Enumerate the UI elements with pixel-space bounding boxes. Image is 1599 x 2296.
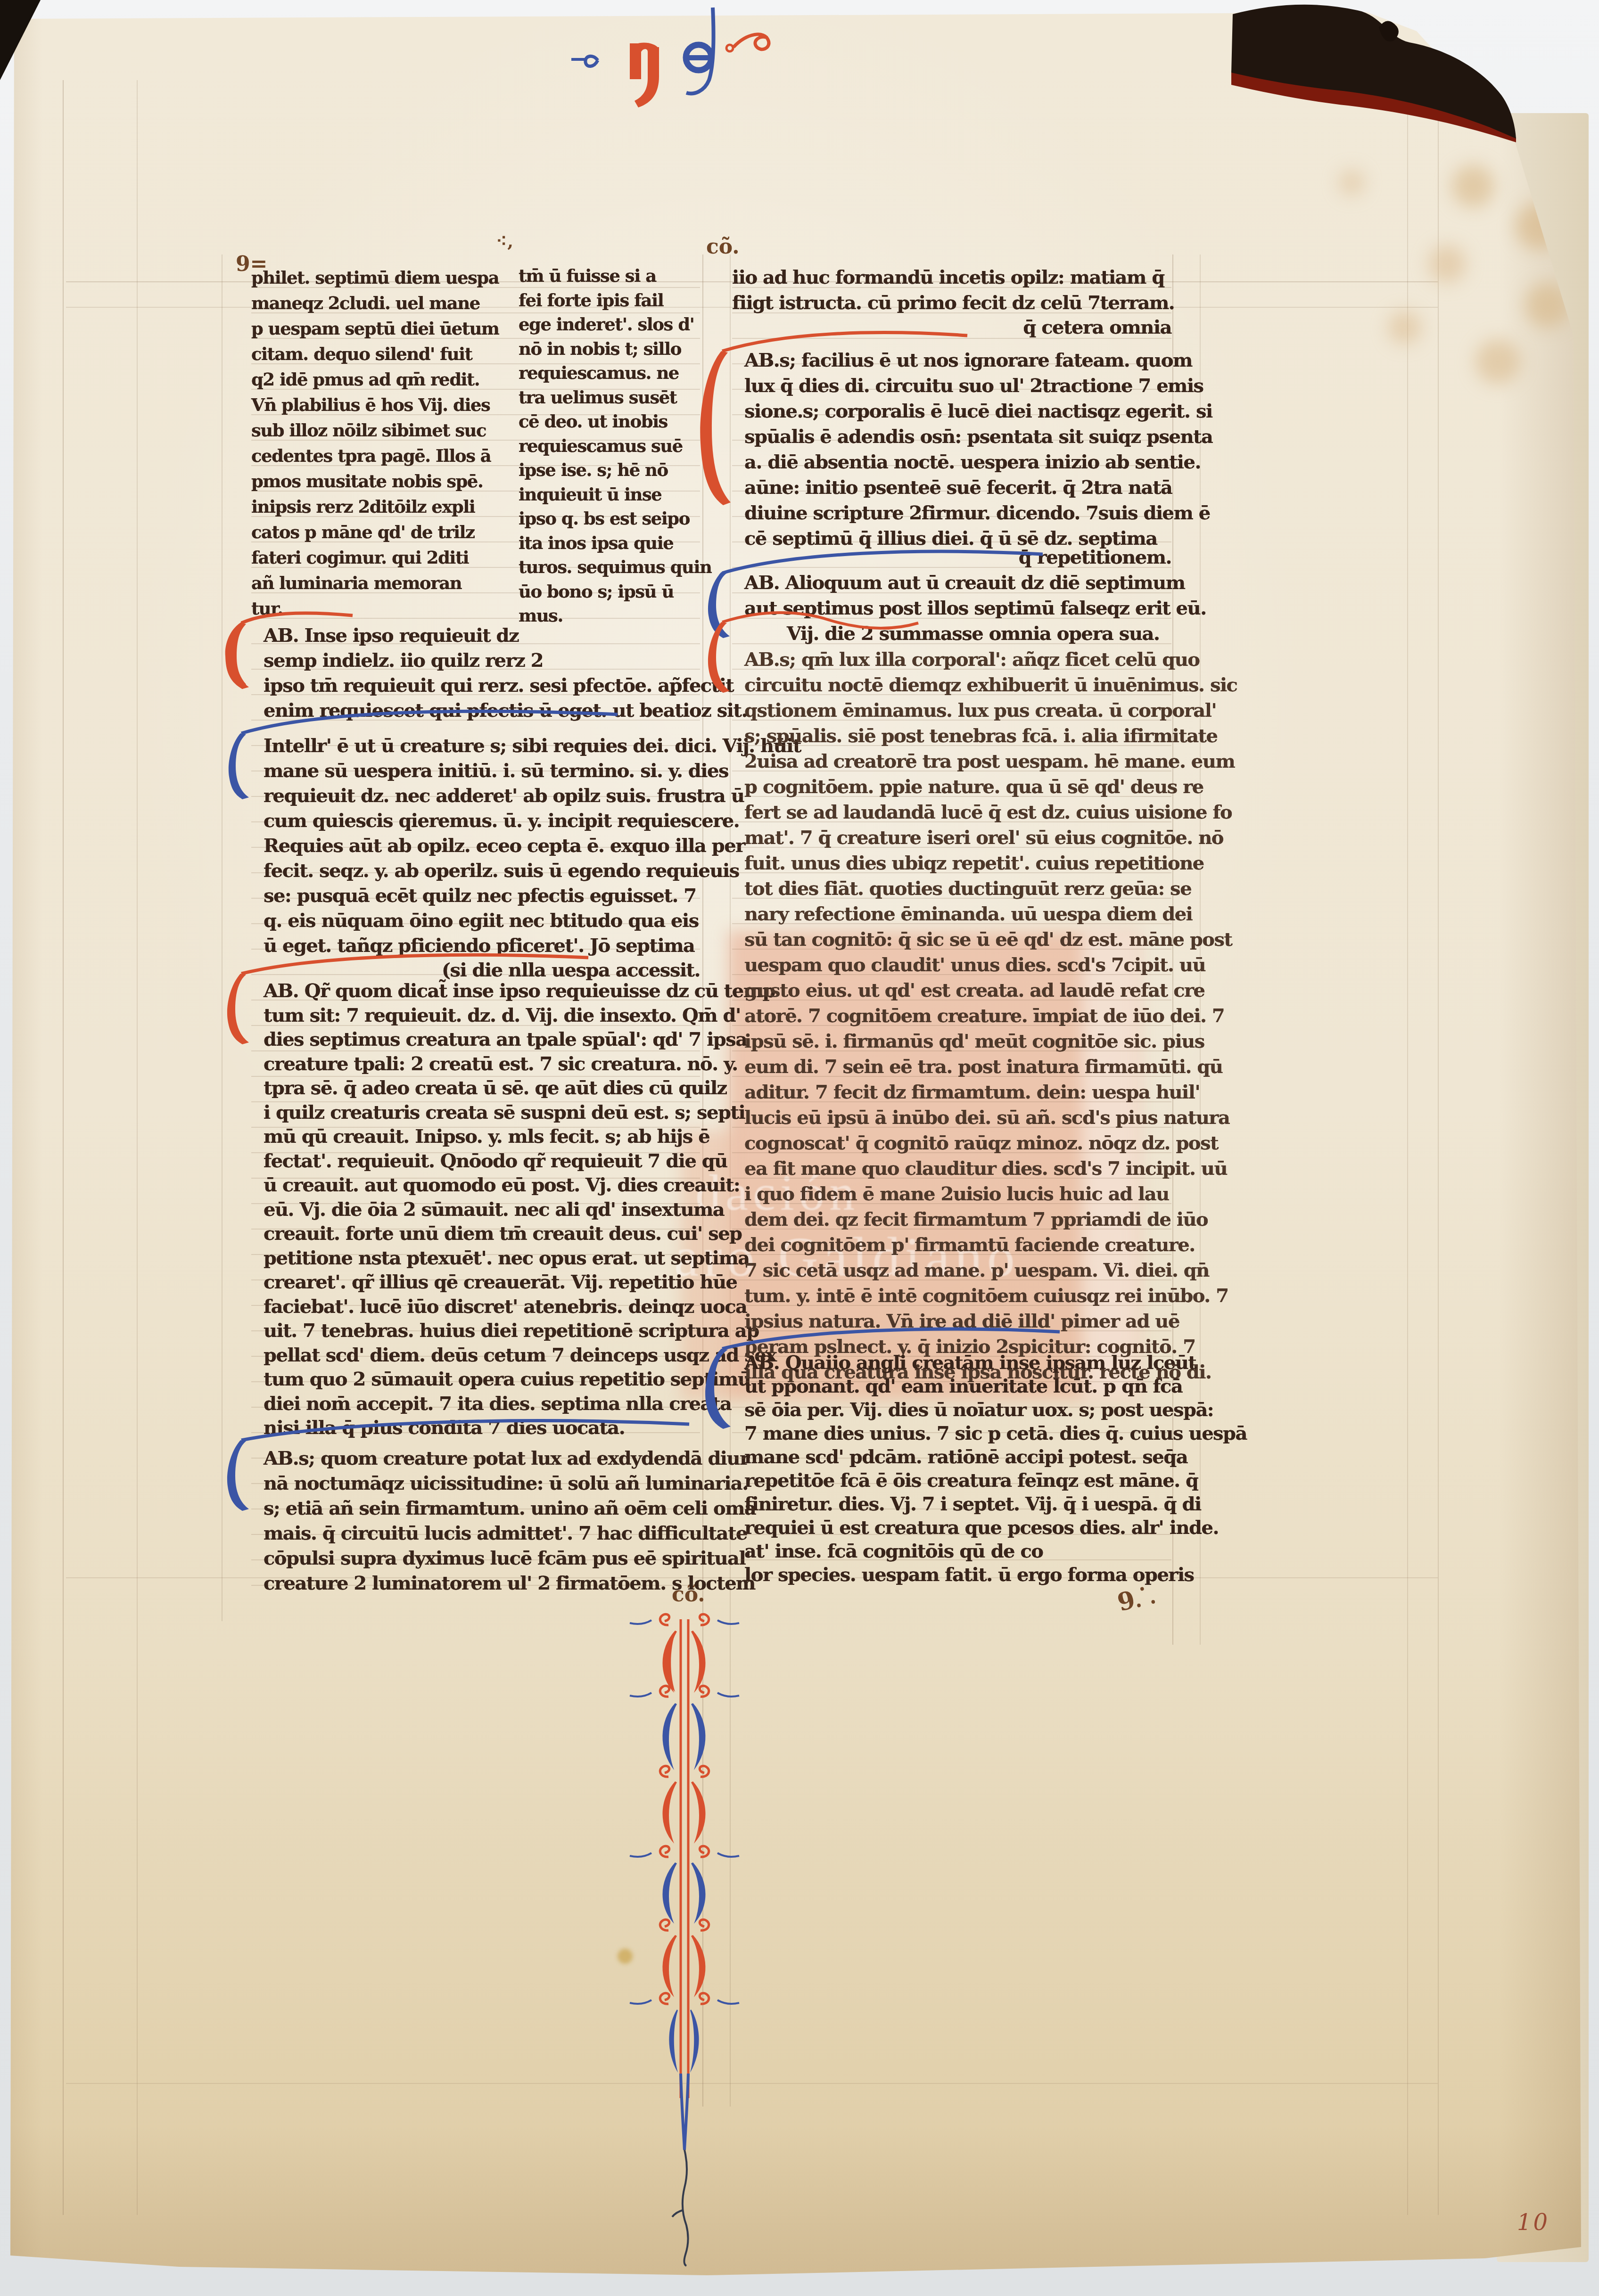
- header-letter-e: [686, 8, 713, 93]
- initial-bracket-blue-2: [227, 1421, 689, 1511]
- pen-flourish-ornament-layer: [0, 0, 1599, 2296]
- manuscript-scan: dación aro Galdiano 9= ⁖‚ cõ. cõ. 9⸫ phi…: [0, 0, 1599, 2296]
- initial-bracket-red-2: [227, 955, 588, 1044]
- line-filler-ornament: [630, 1614, 739, 2266]
- header-flourish-swirl: [726, 34, 769, 51]
- initial-bracket-red-3: [700, 333, 967, 505]
- initial-bracket-blue-3: [708, 551, 1043, 638]
- initial-bracket-red-4: [708, 613, 918, 693]
- header-letter-n: [571, 43, 659, 108]
- initial-bracket-blue-4: [705, 1329, 1060, 1429]
- book-fore-edge: [1231, 5, 1516, 142]
- initial-bracket-blue-1: [229, 711, 618, 799]
- initial-bracket-red-1: [225, 613, 353, 689]
- binding-corner: [0, 0, 41, 80]
